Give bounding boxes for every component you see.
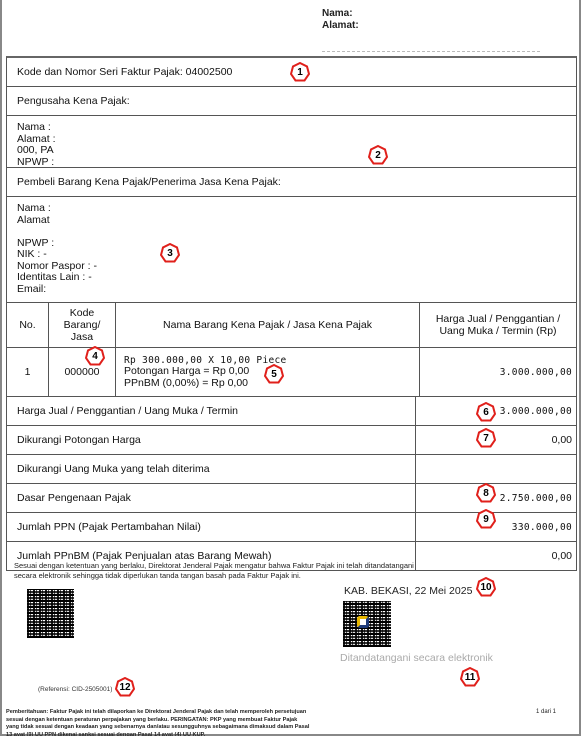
marker-label: 6 xyxy=(483,407,489,418)
buyer-section-title: Pembeli Barang Kena Pajak/Penerima Jasa … xyxy=(7,168,576,197)
summary-label: Dikurangi Potongan Harga xyxy=(7,426,416,455)
marker-label: 1 xyxy=(297,67,303,78)
col-price: Harga Jual / Penggantian / Uang Muka / T… xyxy=(420,303,577,348)
annotation-marker-icon: 4 xyxy=(85,346,105,366)
header-seller-name: Nama: xyxy=(322,8,359,20)
annotation-marker-icon: 5 xyxy=(264,364,284,384)
djp-logo-icon xyxy=(357,616,369,628)
marker-label: 2 xyxy=(375,150,381,161)
footer-notice: Pemberitahuan: Faktur Pajak ini telah di… xyxy=(6,709,311,736)
annotation-marker-icon: 10 xyxy=(476,577,496,597)
marker-label: 11 xyxy=(465,672,476,683)
summary-label: Dikurangi Uang Muka yang telah diterima xyxy=(7,455,416,484)
buyer-details: Nama : Alamat NPWP : NIK : - Nomor Paspo… xyxy=(7,197,576,303)
annotation-marker-icon: 3 xyxy=(160,243,180,263)
annotation-marker-icon: 12 xyxy=(115,677,135,697)
header-seller-address: Alamat: xyxy=(322,20,359,32)
place-date: KAB. BEKASI, 22 Mei 2025 xyxy=(344,585,472,597)
annotation-marker-icon: 1 xyxy=(290,62,310,82)
summary-value xyxy=(416,455,577,484)
marker-label: 3 xyxy=(167,248,173,259)
seller-title: Pengusaha Kena Pajak: xyxy=(17,95,130,107)
notice-line-2: secara elektronik sehingga tidak diperlu… xyxy=(14,571,414,581)
seller-npwp: NPWP : xyxy=(17,157,576,169)
buyer-other-id: Identitas Lain : - xyxy=(17,272,576,284)
col-name: Nama Barang Kena Pajak / Jasa Kena Pajak xyxy=(116,303,420,348)
annotation-marker-icon: 6 xyxy=(476,402,496,422)
annotation-marker-icon: 9 xyxy=(476,509,496,529)
buyer-title: Pembeli Barang Kena Pajak/Penerima Jasa … xyxy=(17,176,281,188)
invoice-serial: Kode dan Nomor Seri Faktur Pajak: 040025… xyxy=(17,66,232,78)
marker-label: 5 xyxy=(271,369,277,380)
e-signature-notice: Sesuai dengan ketentuan yang berlaku, Di… xyxy=(14,561,414,581)
summary-label: Harga Jual / Penggantian / Uang Muka / T… xyxy=(7,397,416,426)
seller-name: Nama : xyxy=(17,122,576,134)
notice-line-1: Sesuai dengan ketentuan yang berlaku, Di… xyxy=(14,561,414,571)
buyer-npwp: NPWP : xyxy=(17,238,576,250)
summary-label: Jumlah PPN (Pajak Pertambahan Nilai) xyxy=(7,513,416,542)
e-signed-label: Ditandatangani secara elektronik xyxy=(340,652,493,664)
annotation-marker-icon: 7 xyxy=(476,428,496,448)
col-no: No. xyxy=(7,303,49,348)
marker-label: 12 xyxy=(119,682,130,693)
header-seller-info: Nama: Alamat: xyxy=(322,8,359,32)
items-header-row: No. Kode Barang/ Jasa Nama Barang Kena P… xyxy=(7,303,576,348)
marker-label: 8 xyxy=(483,488,489,499)
item-amount: 3.000.000,00 xyxy=(420,348,577,397)
marker-label: 4 xyxy=(92,351,98,362)
annotation-marker-icon: 2 xyxy=(368,145,388,165)
seller-address: Alamat : xyxy=(17,134,576,146)
col-code: Kode Barang/ Jasa xyxy=(49,303,116,348)
redacted-line xyxy=(322,51,540,52)
annotation-marker-icon: 11 xyxy=(460,667,480,687)
page-border xyxy=(0,0,2,736)
buyer-name: Nama : xyxy=(17,203,576,215)
seller-details: Nama : Alamat : 000, PA NPWP : xyxy=(7,116,576,168)
item-no: 1 xyxy=(7,348,49,397)
buyer-email: Email: xyxy=(17,284,576,296)
summary-label: Dasar Pengenaan Pajak xyxy=(7,484,416,513)
buyer-passport: Nomor Paspor : - xyxy=(17,261,576,273)
item-code: 000000 xyxy=(49,348,116,397)
qr-code xyxy=(27,589,74,638)
seller-address-line: 000, PA xyxy=(17,145,576,157)
seller-section-title: Pengusaha Kena Pajak: xyxy=(7,87,576,116)
buyer-nik: NIK : - xyxy=(17,249,576,261)
page-number: 1 dari 1 xyxy=(536,709,556,715)
marker-label: 10 xyxy=(480,582,491,593)
summary-row: Dikurangi Uang Muka yang telah diterima xyxy=(7,455,576,484)
buyer-blank-line xyxy=(17,226,576,238)
marker-label: 7 xyxy=(483,433,489,444)
reference-id: (Referensi: CID-2505001) xyxy=(38,686,112,693)
buyer-address: Alamat xyxy=(17,215,576,227)
annotation-marker-icon: 8 xyxy=(476,483,496,503)
marker-label: 9 xyxy=(483,514,489,525)
summary-value: 0,00 xyxy=(416,542,577,571)
